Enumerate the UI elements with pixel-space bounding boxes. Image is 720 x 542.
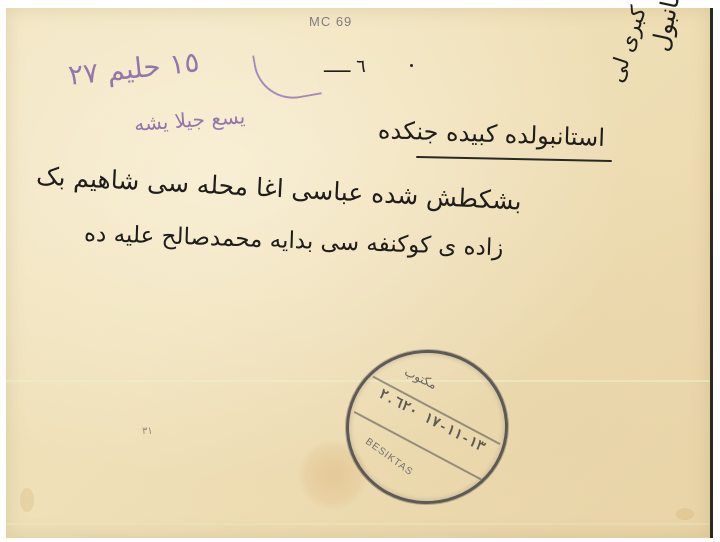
paper-stain [676,508,694,520]
catalog-mark: MC 69 [309,14,352,29]
address-underline [416,156,612,162]
ink-dot [410,64,413,67]
fold-line [6,380,710,382]
paper-stain [20,488,34,512]
envelope-paper: MC 69 استانبول کبری لی ٦ ـــــ ١٥ حلیم ٢… [6,8,713,538]
purple-annotation-line1: ١٥ حلیم ٢٧ [67,45,201,92]
origin-marking-line2: کبری لی [604,3,652,85]
postmark-cancellation: مكتوب ١٣-١١-١٧ ٢.٦٢٠ BESIKTAS [341,345,513,510]
recipient-line-1: بشکطش شده عباسی اغا محله سی شاهیم بک [36,161,523,215]
purple-bracket-mark [252,45,322,105]
recipient-line-2: زاده ی کوکنفه سی بدایه محمدصالح علیه ده [84,221,504,262]
origin-marking-line1: استانبول [646,0,691,54]
postmark-bottom-text: BESIKTAS [363,436,415,478]
postmark-top-text: مكتوب [402,365,439,393]
fold-line [6,523,710,525]
scanned-envelope: MC 69 استانبول کبری لی ٦ ـــــ ١٥ حلیم ٢… [0,0,720,542]
address-destination: استانبولده کبیده جنکده [378,116,606,152]
faint-pencil-mark: ٣١ [142,426,153,437]
reference-number: ٦ ـــــ [324,56,366,77]
purple-annotation-line2: یسع جیلا یشه [133,104,246,136]
